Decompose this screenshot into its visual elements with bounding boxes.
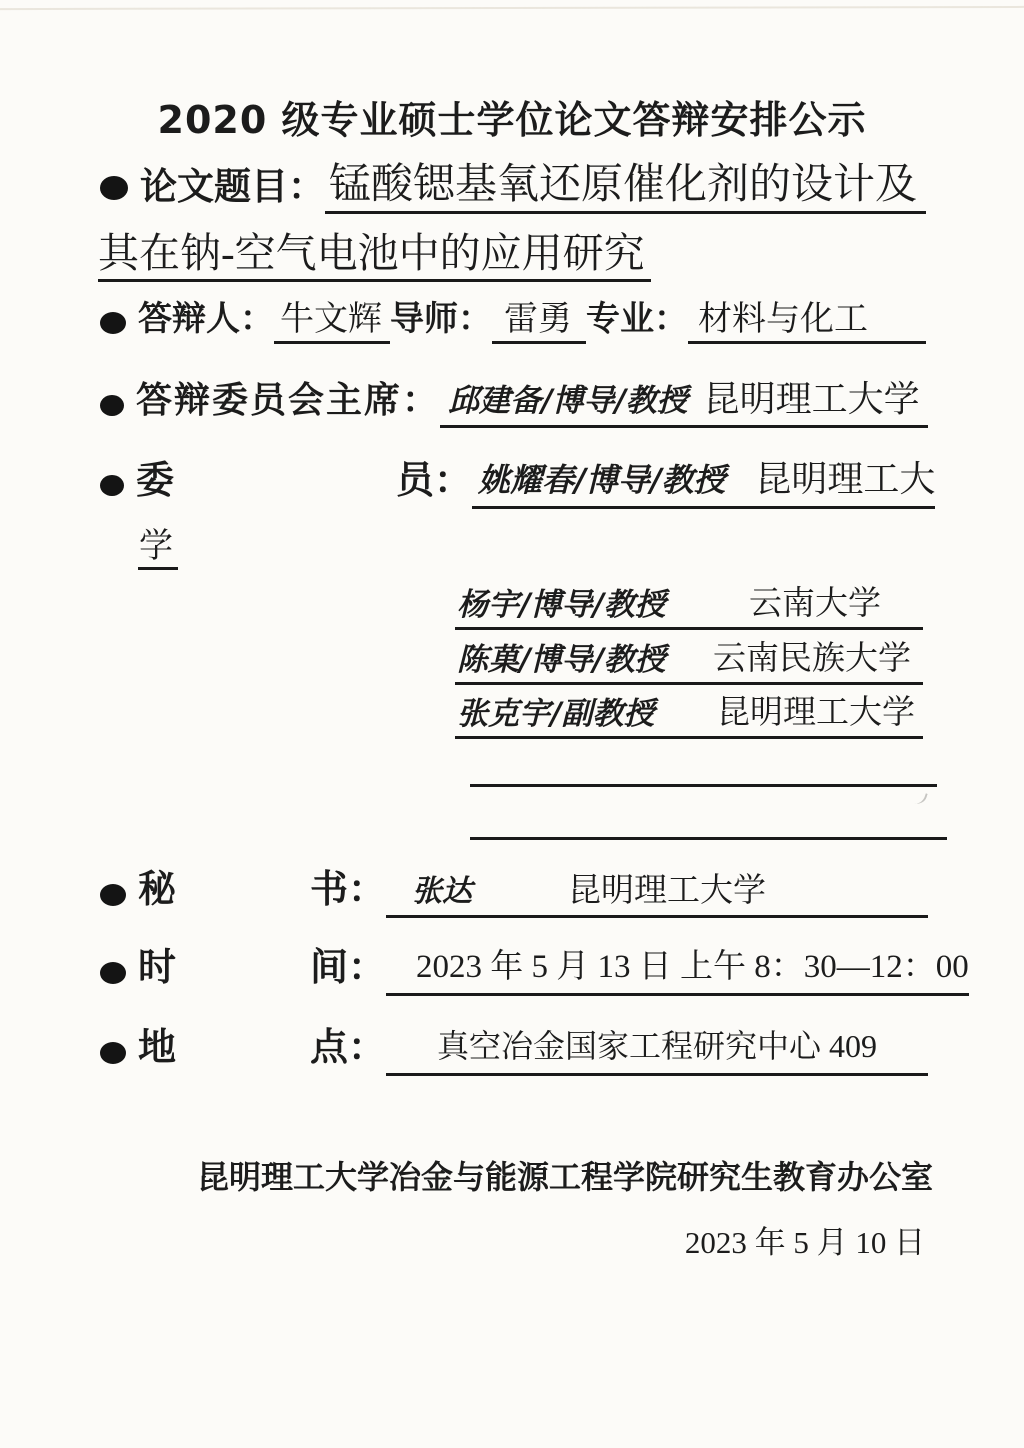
bullet-icon: [100, 962, 126, 984]
bullet-icon: [100, 395, 124, 416]
thesis-title-label: 论文题目：: [140, 166, 325, 215]
thesis-title-line2: 其在钠-空气电池中的应用研究: [98, 231, 651, 282]
member-name-title: 杨宇/博导/教授: [457, 588, 666, 622]
secretary-value: 张达 昆明理工大学: [386, 873, 928, 918]
chair-name-title: 邱建备/博导/教授: [448, 383, 688, 419]
committee-member-row: 张克宇/副教授 昆明理工大学: [455, 695, 923, 739]
location-value: 真空冶金国家工程研究中心 409: [386, 1029, 928, 1076]
committee-chair-label: 答辩委员会主席：: [136, 381, 440, 428]
committee-chair-row: 答辩委员会主席： 邱建备/博导/教授 昆明理工大学: [100, 380, 928, 428]
secretary-label-left: 秘: [138, 868, 176, 918]
location-label-right: 点：: [310, 1026, 386, 1076]
member-affiliation: 云南民族大学: [713, 641, 911, 677]
bullet-icon: [100, 176, 128, 200]
page-title: 2020 级专业硕士学位论文答辩安排公示: [0, 100, 1024, 142]
thesis-title-line1: 锰酸锶基氧还原催化剂的设计及: [325, 162, 926, 214]
committee-first-member-wrap: 学: [138, 528, 178, 570]
time-label-left: 时: [138, 946, 176, 996]
committee-chair-value: 邱建备/博导/教授 昆明理工大学: [440, 380, 928, 428]
issue-date: 2023 年 5 月 10 日: [650, 1226, 960, 1260]
time-label-right: 间：: [310, 946, 386, 996]
scan-artifact-line: [0, 6, 1024, 10]
member-name-title: 陈菓/博导/教授: [457, 643, 666, 677]
committee-first-member: 姚耀春/博导/教授 昆明理工大: [472, 460, 935, 509]
candidate-row: 答辩人： 牛文辉 导师： 雷勇 专业： 材料与化工: [100, 301, 926, 344]
committee-members-row: 委 员： 姚耀春/博导/教授 昆明理工大: [100, 459, 928, 509]
member-affiliation: 昆明理工大学: [717, 695, 915, 731]
location-row: 地 点： 真空冶金国家工程研究中心 409: [100, 1026, 928, 1076]
chair-affiliation: 昆明理工大学: [704, 379, 920, 419]
thesis-title-row-2: 其在钠-空气电池中的应用研究: [98, 231, 651, 282]
time-value: 2023 年 5 月 13 日 上午 8：30—12：00: [386, 949, 969, 996]
secretary-row: 秘 书： 张达 昆明理工大学: [100, 868, 928, 918]
member-affiliation: 云南大学: [749, 586, 881, 622]
scan-pencil-mark: [914, 791, 928, 806]
location-label-left: 地: [138, 1026, 176, 1076]
member-affiliation-wrap-char: 学: [138, 528, 178, 570]
major-value: 材料与化工: [688, 301, 926, 344]
major-label: 专业：: [586, 301, 688, 344]
candidate-name: 牛文辉: [274, 301, 390, 344]
bullet-icon: [100, 312, 126, 334]
bullet-icon: [100, 884, 126, 906]
thesis-title-row: 论文题目： 锰酸锶基氧还原催化剂的设计及: [100, 162, 926, 214]
candidate-label: 答辩人：: [138, 301, 274, 344]
advisor-label: 导师：: [390, 301, 492, 344]
scanned-document-page: 2020 级专业硕士学位论文答辩安排公示 论文题目： 锰酸锶基氧还原催化剂的设计…: [0, 0, 1024, 1448]
secretary-label-right: 书：: [310, 868, 386, 918]
member-name-title: 姚耀春/博导/教授: [478, 461, 725, 499]
committee-member-row: 杨宇/博导/教授 云南大学: [455, 586, 923, 630]
bullet-icon: [100, 475, 124, 496]
secretary-name: 张达: [412, 874, 472, 909]
empty-member-line: [470, 837, 947, 840]
committee-label-right: 员：: [396, 459, 472, 509]
secretary-affiliation: 昆明理工大学: [568, 873, 766, 909]
committee-label-left: 委: [136, 459, 174, 509]
member-affiliation: 昆明理工大: [755, 459, 935, 499]
advisor-name: 雷勇: [492, 301, 586, 344]
empty-member-line: [470, 784, 937, 787]
member-name-title: 张克宇/副教授: [457, 697, 654, 731]
time-row: 时 间： 2023 年 5 月 13 日 上午 8：30—12：00: [100, 946, 928, 996]
committee-member-row: 陈菓/博导/教授 云南民族大学: [455, 641, 923, 685]
issuing-office: 昆明理工大学冶金与能源工程学院研究生教育办公室: [155, 1160, 975, 1195]
bullet-icon: [100, 1042, 126, 1064]
